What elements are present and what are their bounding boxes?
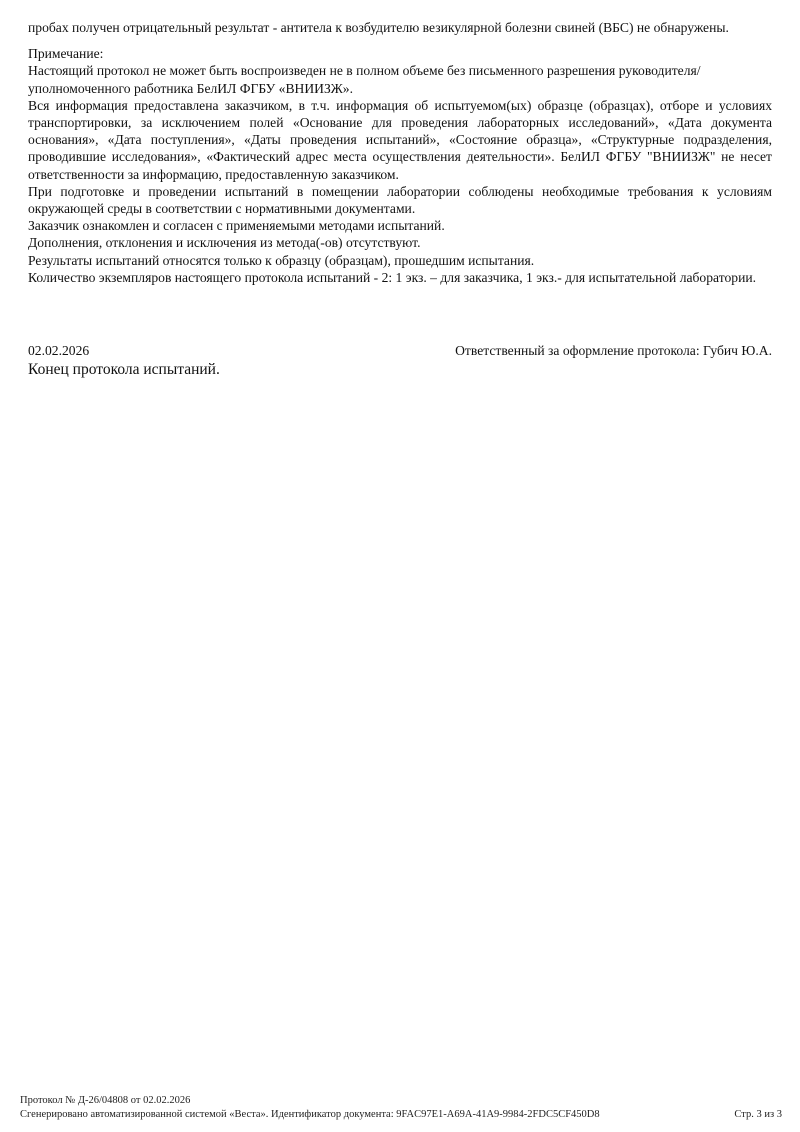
signature-date: 02.02.2026 xyxy=(28,343,89,359)
end-of-protocol: Конец протокола испытаний. xyxy=(28,361,220,379)
note-heading: Примечание: xyxy=(28,45,772,62)
note-paragraph: Заказчик ознакомлен и согласен с применя… xyxy=(28,217,772,234)
page-footer: Протокол № Д-26/04808 от 02.02.2026 Сген… xyxy=(20,1094,782,1122)
note-paragraph: Настоящий протокол не может быть воспрои… xyxy=(28,62,772,96)
spacer xyxy=(28,36,772,45)
signature-row: 02.02.2026 Ответственный за оформление п… xyxy=(28,343,772,359)
note-paragraph: Дополнения, отклонения и исключения из м… xyxy=(28,234,772,251)
footer-protocol-number: Протокол № Д-26/04808 от 02.02.2026 xyxy=(20,1094,782,1108)
note-paragraph: Вся информация предоставлена заказчиком,… xyxy=(28,97,772,183)
footer-page-number: Стр. 3 из 3 xyxy=(734,1108,782,1122)
note-paragraph: Результаты испытаний относятся только к … xyxy=(28,252,772,269)
intro-paragraph: пробах получен отрицательный результат -… xyxy=(28,19,772,36)
footer-generated-info: Сгенерировано автоматизированной системо… xyxy=(20,1108,600,1122)
note-paragraph: При подготовке и проведении испытаний в … xyxy=(28,183,772,217)
note-paragraph: Количество экземпляров настоящего проток… xyxy=(28,269,772,286)
responsible-person: Ответственный за оформление протокола: Г… xyxy=(455,343,772,359)
document-body: пробах получен отрицательный результат -… xyxy=(28,19,772,286)
